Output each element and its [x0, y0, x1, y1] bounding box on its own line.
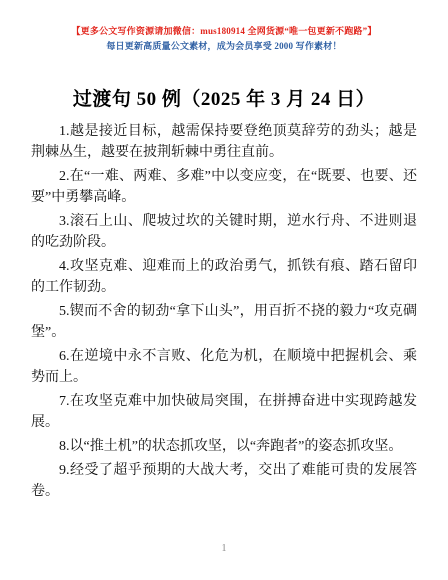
paragraph: 2.在“一难、两难、多难”中以变应变，在“既要、也要、还要”中勇攀高峰。: [31, 166, 417, 208]
promo-header-line-red: 【更多公文写作资源请加微信：mus180914 全网货源“唯一包更新不跑路”】: [0, 25, 448, 38]
paragraph: 8.以“推土机”的状态抓攻坚，以“奔跑者”的姿态抓攻坚。: [31, 436, 417, 457]
page-title: 过渡句 50 例（2025 年 3 月 24 日）: [0, 84, 448, 111]
document-page: 【更多公文写作资源请加微信：mus180914 全网货源“唯一包更新不跑路”】 …: [0, 0, 448, 580]
promo-header-line-blue: 每日更新高质量公文素材，成为会员享受 2000 写作素材！: [0, 40, 448, 53]
page-number: 1: [0, 543, 448, 554]
paragraph: 5.锲而不舍的韧劲“拿下山头”，用百折不挠的毅力“攻克碉堡”。: [31, 301, 417, 343]
paragraph: 4.攻坚克难、迎难而上的政治勇气，抓铁有痕、踏石留印的工作韧劲。: [31, 256, 417, 298]
paragraph: 6.在逆境中永不言败、化危为机，在顺境中把握机会、乘势而上。: [31, 346, 417, 388]
paragraph: 1.越是接近目标，越需保持要登绝顶莫辞劳的劲头；越是荆棘丛生，越要在披荆斩棘中勇…: [31, 121, 417, 163]
promo-header: 【更多公文写作资源请加微信：mus180914 全网货源“唯一包更新不跑路”】 …: [0, 0, 448, 53]
paragraph: 9.经受了超乎预期的大战大考，交出了难能可贵的发展答卷。: [31, 460, 417, 502]
document-body: 1.越是接近目标，越需保持要登绝顶莫辞劳的劲头；越是荆棘丛生，越要在披荆斩棘中勇…: [31, 121, 417, 502]
paragraph: 7.在攻坚克难中加快破局突围，在拼搏奋进中实现跨越发展。: [31, 391, 417, 433]
paragraph: 3.滚石上山、爬坡过坎的关键时期，逆水行舟、不进则退的吃劲阶段。: [31, 211, 417, 253]
